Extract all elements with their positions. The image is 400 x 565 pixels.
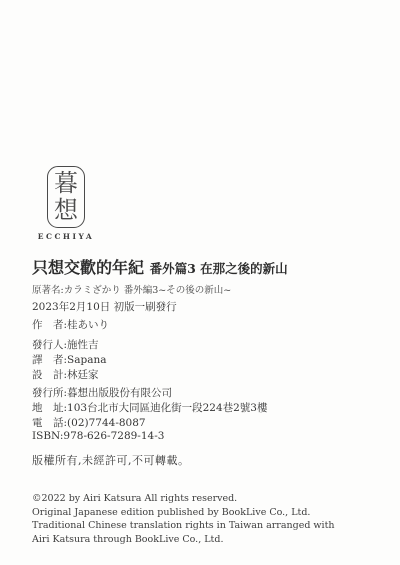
credit-label: 發行人: (32, 339, 67, 351)
publisher-row-company: 發行所:暮想出版股份有限公司 (32, 386, 268, 401)
credit-row-translator: 譯 者:Sapana (32, 353, 107, 368)
footer-line-arrangement: Airi Katsura through BookLive Co., Ltd. (32, 533, 335, 547)
title-block: 只想交歡的年紀 番外篇3 在那之後的新山 原著名:カラミざかり 番外編3~その後… (32, 255, 384, 296)
credit-row-author: 作 者:桂あいり (32, 318, 109, 333)
rights-notice-line: 版權所有,未經許可,不可轉載。 (32, 452, 190, 468)
credit-value: 林廷家 (67, 369, 99, 381)
footer-line-copyright: ©2022 by Airi Katsura All rights reserve… (32, 492, 335, 506)
credit-label: 譯 者: (32, 354, 67, 366)
book-title: 只想交歡的年紀 番外篇3 在那之後的新山 (32, 255, 384, 278)
publisher-value: 103台北市大同區迪化街一段224巷2號3樓 (67, 402, 267, 414)
book-title-main: 只想交歡的年紀 (32, 258, 144, 277)
publisher-row-phone: 電 話:(02)7744-8087 (32, 416, 268, 431)
publisher-info-group: 發行所:暮想出版股份有限公司 地 址:103台北市大同區迪化街一段224巷2號3… (32, 386, 268, 431)
publisher-seal-logo: 暮 想 ECCHIYA (34, 166, 98, 241)
original-title-line: 原著名:カラミざかり 番外編3~その後の新山~ (32, 282, 384, 296)
credit-row-designer: 設 計:林廷家 (32, 368, 107, 383)
publisher-label: 電 話: (32, 417, 67, 429)
publisher-value: (02)7744-8087 (67, 417, 146, 429)
publisher-label: 地 址: (32, 402, 67, 414)
footer-line-original-edition: Original Japanese edition published by B… (32, 506, 335, 520)
credit-row-publisher-person: 發行人:施性吉 (32, 338, 107, 353)
seal-border: 暮 想 (47, 166, 85, 228)
publisher-label: 發行所: (32, 387, 67, 399)
credit-value: 桂あいり (67, 319, 109, 331)
seal-char-bottom: 想 (54, 197, 78, 224)
staff-credit-group: 發行人:施性吉 譯 者:Sapana 設 計:林廷家 (32, 338, 107, 383)
isbn-line: ISBN:978-626-7289-14-3 (32, 430, 164, 442)
credit-label: 作 者: (32, 319, 67, 331)
credit-value: Sapana (67, 354, 106, 366)
edition-date-line: 2023年2月10日 初版一刷發行 (32, 299, 177, 314)
seal-char-top: 暮 (54, 170, 78, 197)
colophon-page: 暮 想 ECCHIYA 只想交歡的年紀 番外篇3 在那之後的新山 原著名:カラミ… (0, 0, 400, 565)
author-credit-group: 作 者:桂あいり (32, 318, 109, 333)
footer-line-translation-rights: Traditional Chinese translation rights i… (32, 519, 335, 533)
publisher-roman-name: ECCHIYA (34, 232, 98, 241)
publisher-row-address: 地 址:103台北市大同區迪化街一段224巷2號3樓 (32, 401, 268, 416)
publisher-value: 暮想出版股份有限公司 (67, 387, 172, 399)
copyright-footer: ©2022 by Airi Katsura All rights reserve… (32, 492, 335, 546)
book-title-subtitle: 番外篇3 在那之後的新山 (150, 261, 288, 276)
credit-value: 施性吉 (67, 339, 99, 351)
credit-label: 設 計: (32, 369, 67, 381)
